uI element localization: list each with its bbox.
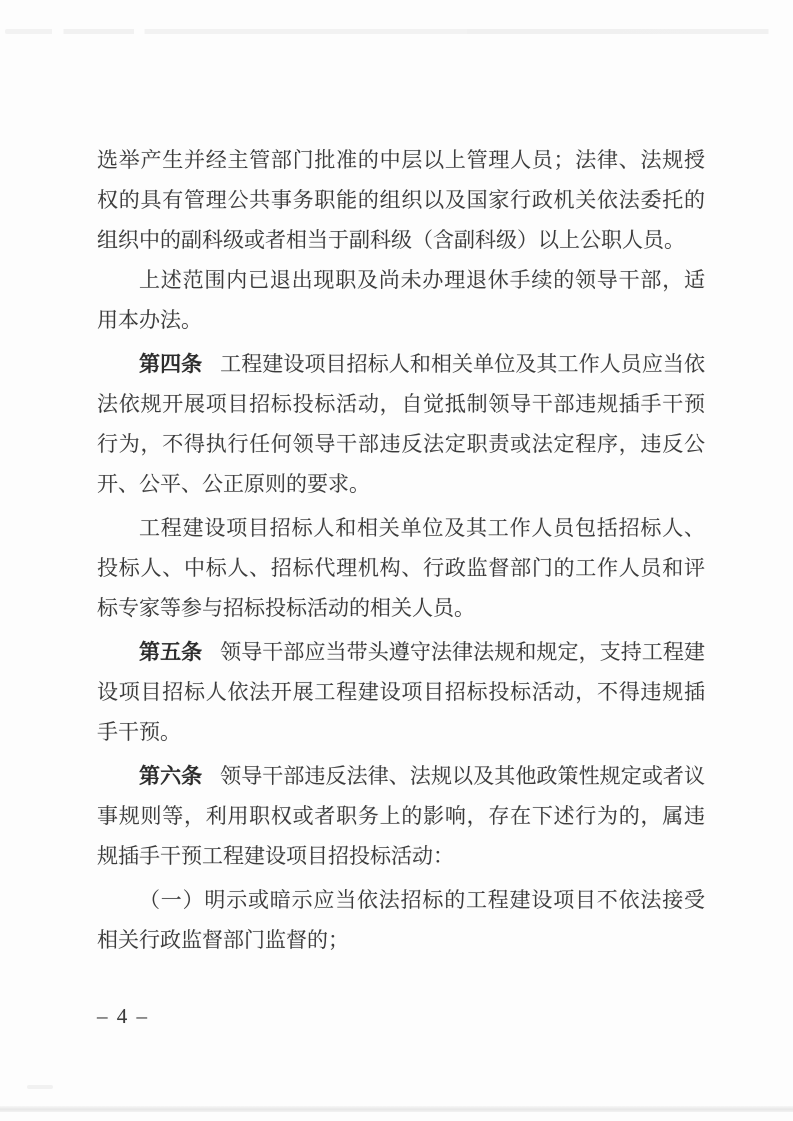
paragraph-text: （一）明示或暗示应当依法招标的工程建设项目不依法接受相关行政监督部门监督的；	[97, 888, 705, 952]
scanned-document-page: 选举产生并经主管部门批准的中层以上管理人员；法律、法规授权的具有管理公共事务职能…	[0, 0, 793, 1121]
paragraph-text: 上述范围内已退出现职及尚未办理退休手续的领导干部，适用本办法。	[97, 268, 705, 332]
paragraph-text: 工程建设项目招标人和相关单位及其工作人员包括招标人、投标人、中标人、招标代理机构…	[97, 516, 705, 620]
article-number: 第五条	[139, 640, 202, 664]
paragraph: 上述范围内已退出现职及尚未办理退休手续的领导干部，适用本办法。	[97, 260, 705, 340]
scan-artifact-bottom-band	[0, 1106, 793, 1112]
page-number: – 4 –	[97, 1002, 149, 1030]
paragraph: 工程建设项目招标人和相关单位及其工作人员包括招标人、投标人、中标人、招标代理机构…	[97, 508, 705, 628]
paragraph-article-5: 第五条领导干部应当带头遵守法律法规和规定，支持工程建设项目招标人依法开展工程建设…	[97, 632, 705, 752]
paragraph-item-1: （一）明示或暗示应当依法招标的工程建设项目不依法接受相关行政监督部门监督的；	[97, 880, 705, 960]
article-number: 第四条	[139, 352, 202, 376]
paragraph-article-4: 第四条工程建设项目招标人和相关单位及其工作人员应当依法依规开展项目招标投标活动，…	[97, 344, 705, 504]
document-body: 选举产生并经主管部门批准的中层以上管理人员；法律、法规授权的具有管理公共事务职能…	[97, 140, 705, 964]
paragraph-article-6: 第六条领导干部违反法律、法规以及其他政策性规定或者议事规则等，利用职权或者职务上…	[97, 756, 705, 876]
article-number: 第六条	[139, 764, 202, 788]
scan-artifact-top-band	[5, 29, 788, 34]
paragraph-text: 选举产生并经主管部门批准的中层以上管理人员；法律、法规授权的具有管理公共事务职能…	[97, 148, 705, 252]
scan-artifact-smudge	[27, 1085, 53, 1089]
paragraph-continuation: 选举产生并经主管部门批准的中层以上管理人员；法律、法规授权的具有管理公共事务职能…	[97, 140, 705, 260]
